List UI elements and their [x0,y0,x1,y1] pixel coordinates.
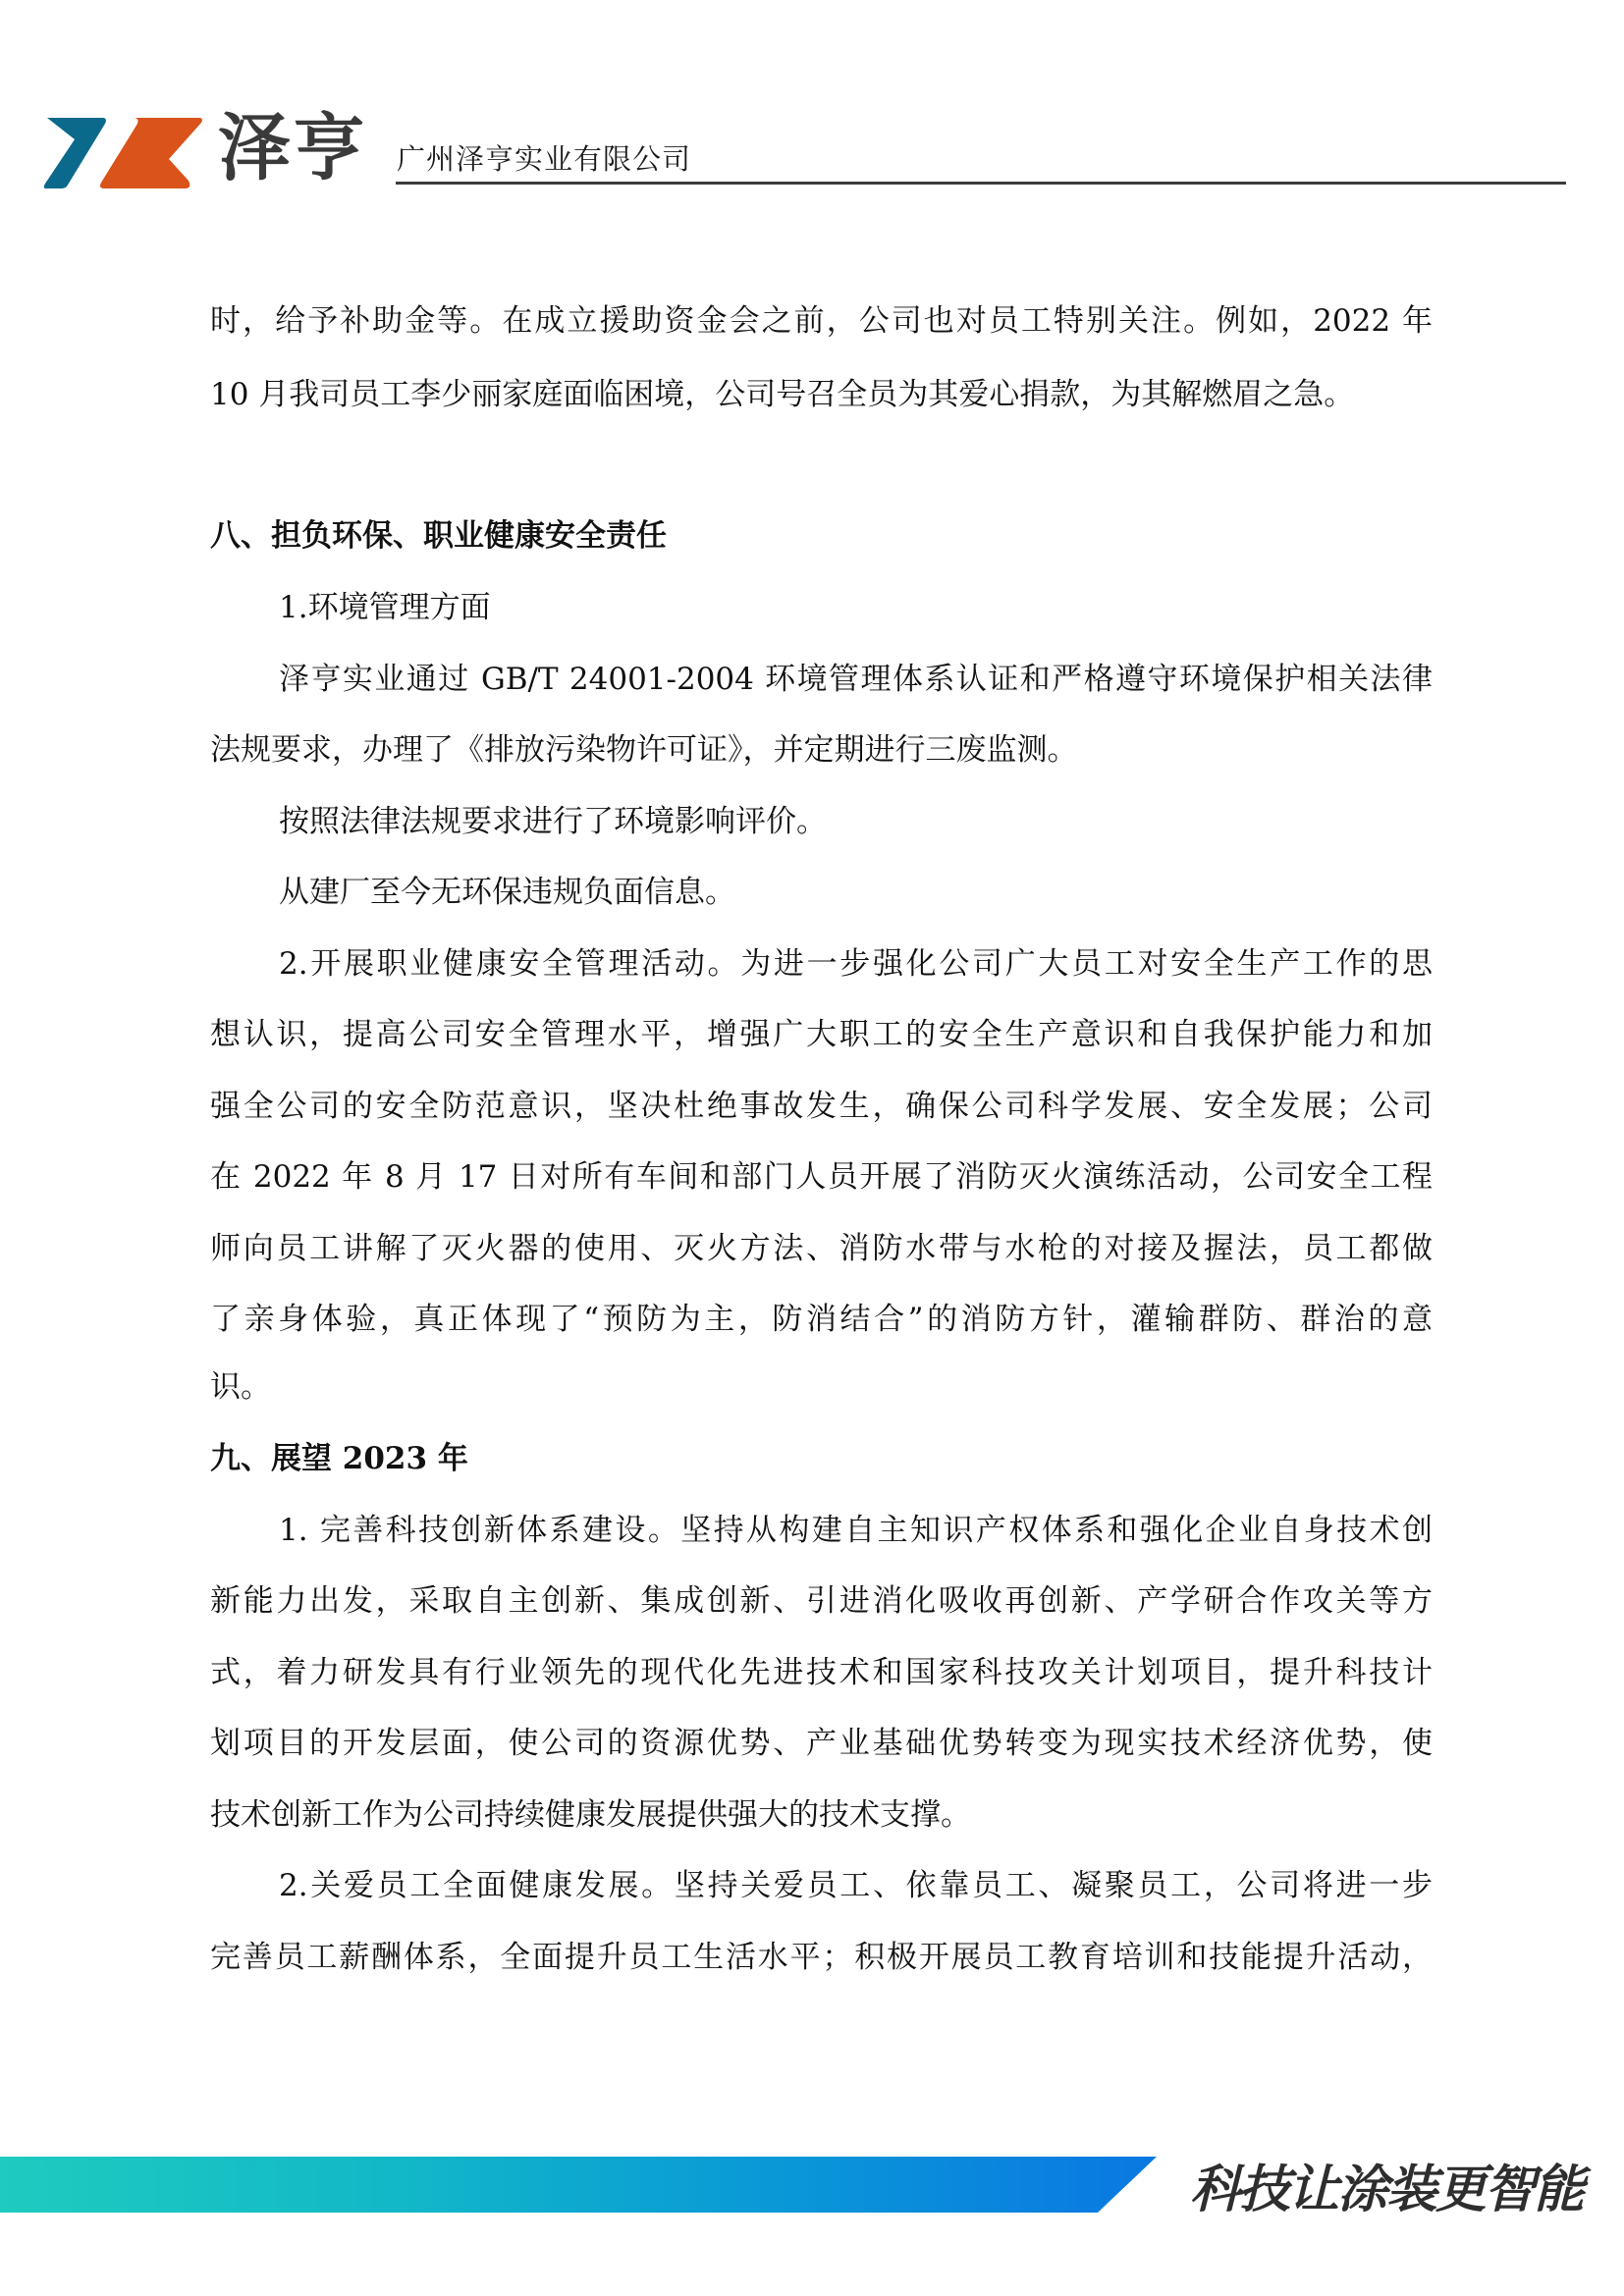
body-line: 想认识，提高公司安全管理水平，增强广大职工的安全生产意识和自我保护能力和加 [210,1015,1433,1054]
body-line: 泽亨实业通过 GB/T 24001-2004 环境管理体系认证和严格遵守环境保护… [279,660,1433,699]
body-line: 时，给予补助金等。在成立援助资金会之前，公司也对员工特别关注。例如，2022 年 [210,301,1433,341]
body-line: 完善员工薪酬体系，全面提升员工生活水平；积极开展员工教育培训和技能提升活动， [210,1938,1433,1977]
body-line: 技术创新工作为公司持续健康发展提供强大的技术支撑。 [210,1795,1433,1835]
body-line: 按照法律法规要求进行了环境影响评价。 [279,802,1433,841]
body-line: 2.关爱员工全面健康发展。坚持关爱员工、依靠员工、凝聚员工，公司将进一步 [279,1866,1433,1905]
footer-gradient-band [0,2157,1157,2213]
company-name: 广州泽亨实业有限公司 [397,139,691,179]
body-line: 从建厂至今无环保违规负面信息。 [279,873,1433,912]
body-line: 1. 完善科技创新体系建设。坚持从构建自主知识产权体系和强化企业自身技术创 [279,1511,1433,1550]
body-line: 在 2022 年 8 月 17 日对所有车间和部门人员开展了消防灭火演练活动，公… [210,1157,1433,1197]
header-divider [396,182,1566,185]
section-heading: 八、担负环保、职业健康安全责任 [210,516,1433,556]
body-line: 式，着力研发具有行业领先的现代化先进技术和国家科技攻关计划项目，提升科技计 [210,1653,1433,1692]
body-line: 10 月我司员工李少丽家庭面临困境，公司号召全员为其爱心捐款，为其解燃眉之急。 [210,375,1433,414]
company-logo-icon [43,116,205,188]
body-line: 了亲身体验，真正体现了“预防为主，防消结合”的消防方针，灌输群防、群治的意 [210,1300,1433,1339]
body-line: 师向员工讲解了灭火器的使用、灭火方法、消防水带与水枪的对接及握法，员工都做 [210,1229,1433,1268]
body-line: 2.开展职业健康安全管理活动。为进一步强化公司广大员工对安全生产工作的思 [279,944,1433,984]
body-line: 强全公司的安全防范意识，坚决杜绝事故发生，确保公司科学发展、安全发展；公司 [210,1087,1433,1126]
document-page: 泽亨 广州泽亨实业有限公司 时，给予补助金等。在成立援助资金会之前，公司也对员工… [0,0,1624,2296]
subsection-title: 1.环境管理方面 [279,588,1433,627]
body-line: 法规要求，办理了《排放污染物许可证》，并定期进行三废监测。 [210,730,1433,770]
body-line: 划项目的开发层面，使公司的资源优势、产业基础优势转变为现实技术经济优势，使 [210,1724,1433,1763]
section-heading: 九、展望 2023 年 [210,1439,1433,1478]
logo-wordmark: 泽亨 [218,104,367,192]
body-line: 识。 [210,1367,1433,1407]
footer-slogan: 科技让涂装更智能 [1190,2160,1583,2220]
body-line: 新能力出发，采取自主创新、集成创新、引进消化吸收再创新、产学研合作攻关等方 [210,1581,1433,1621]
